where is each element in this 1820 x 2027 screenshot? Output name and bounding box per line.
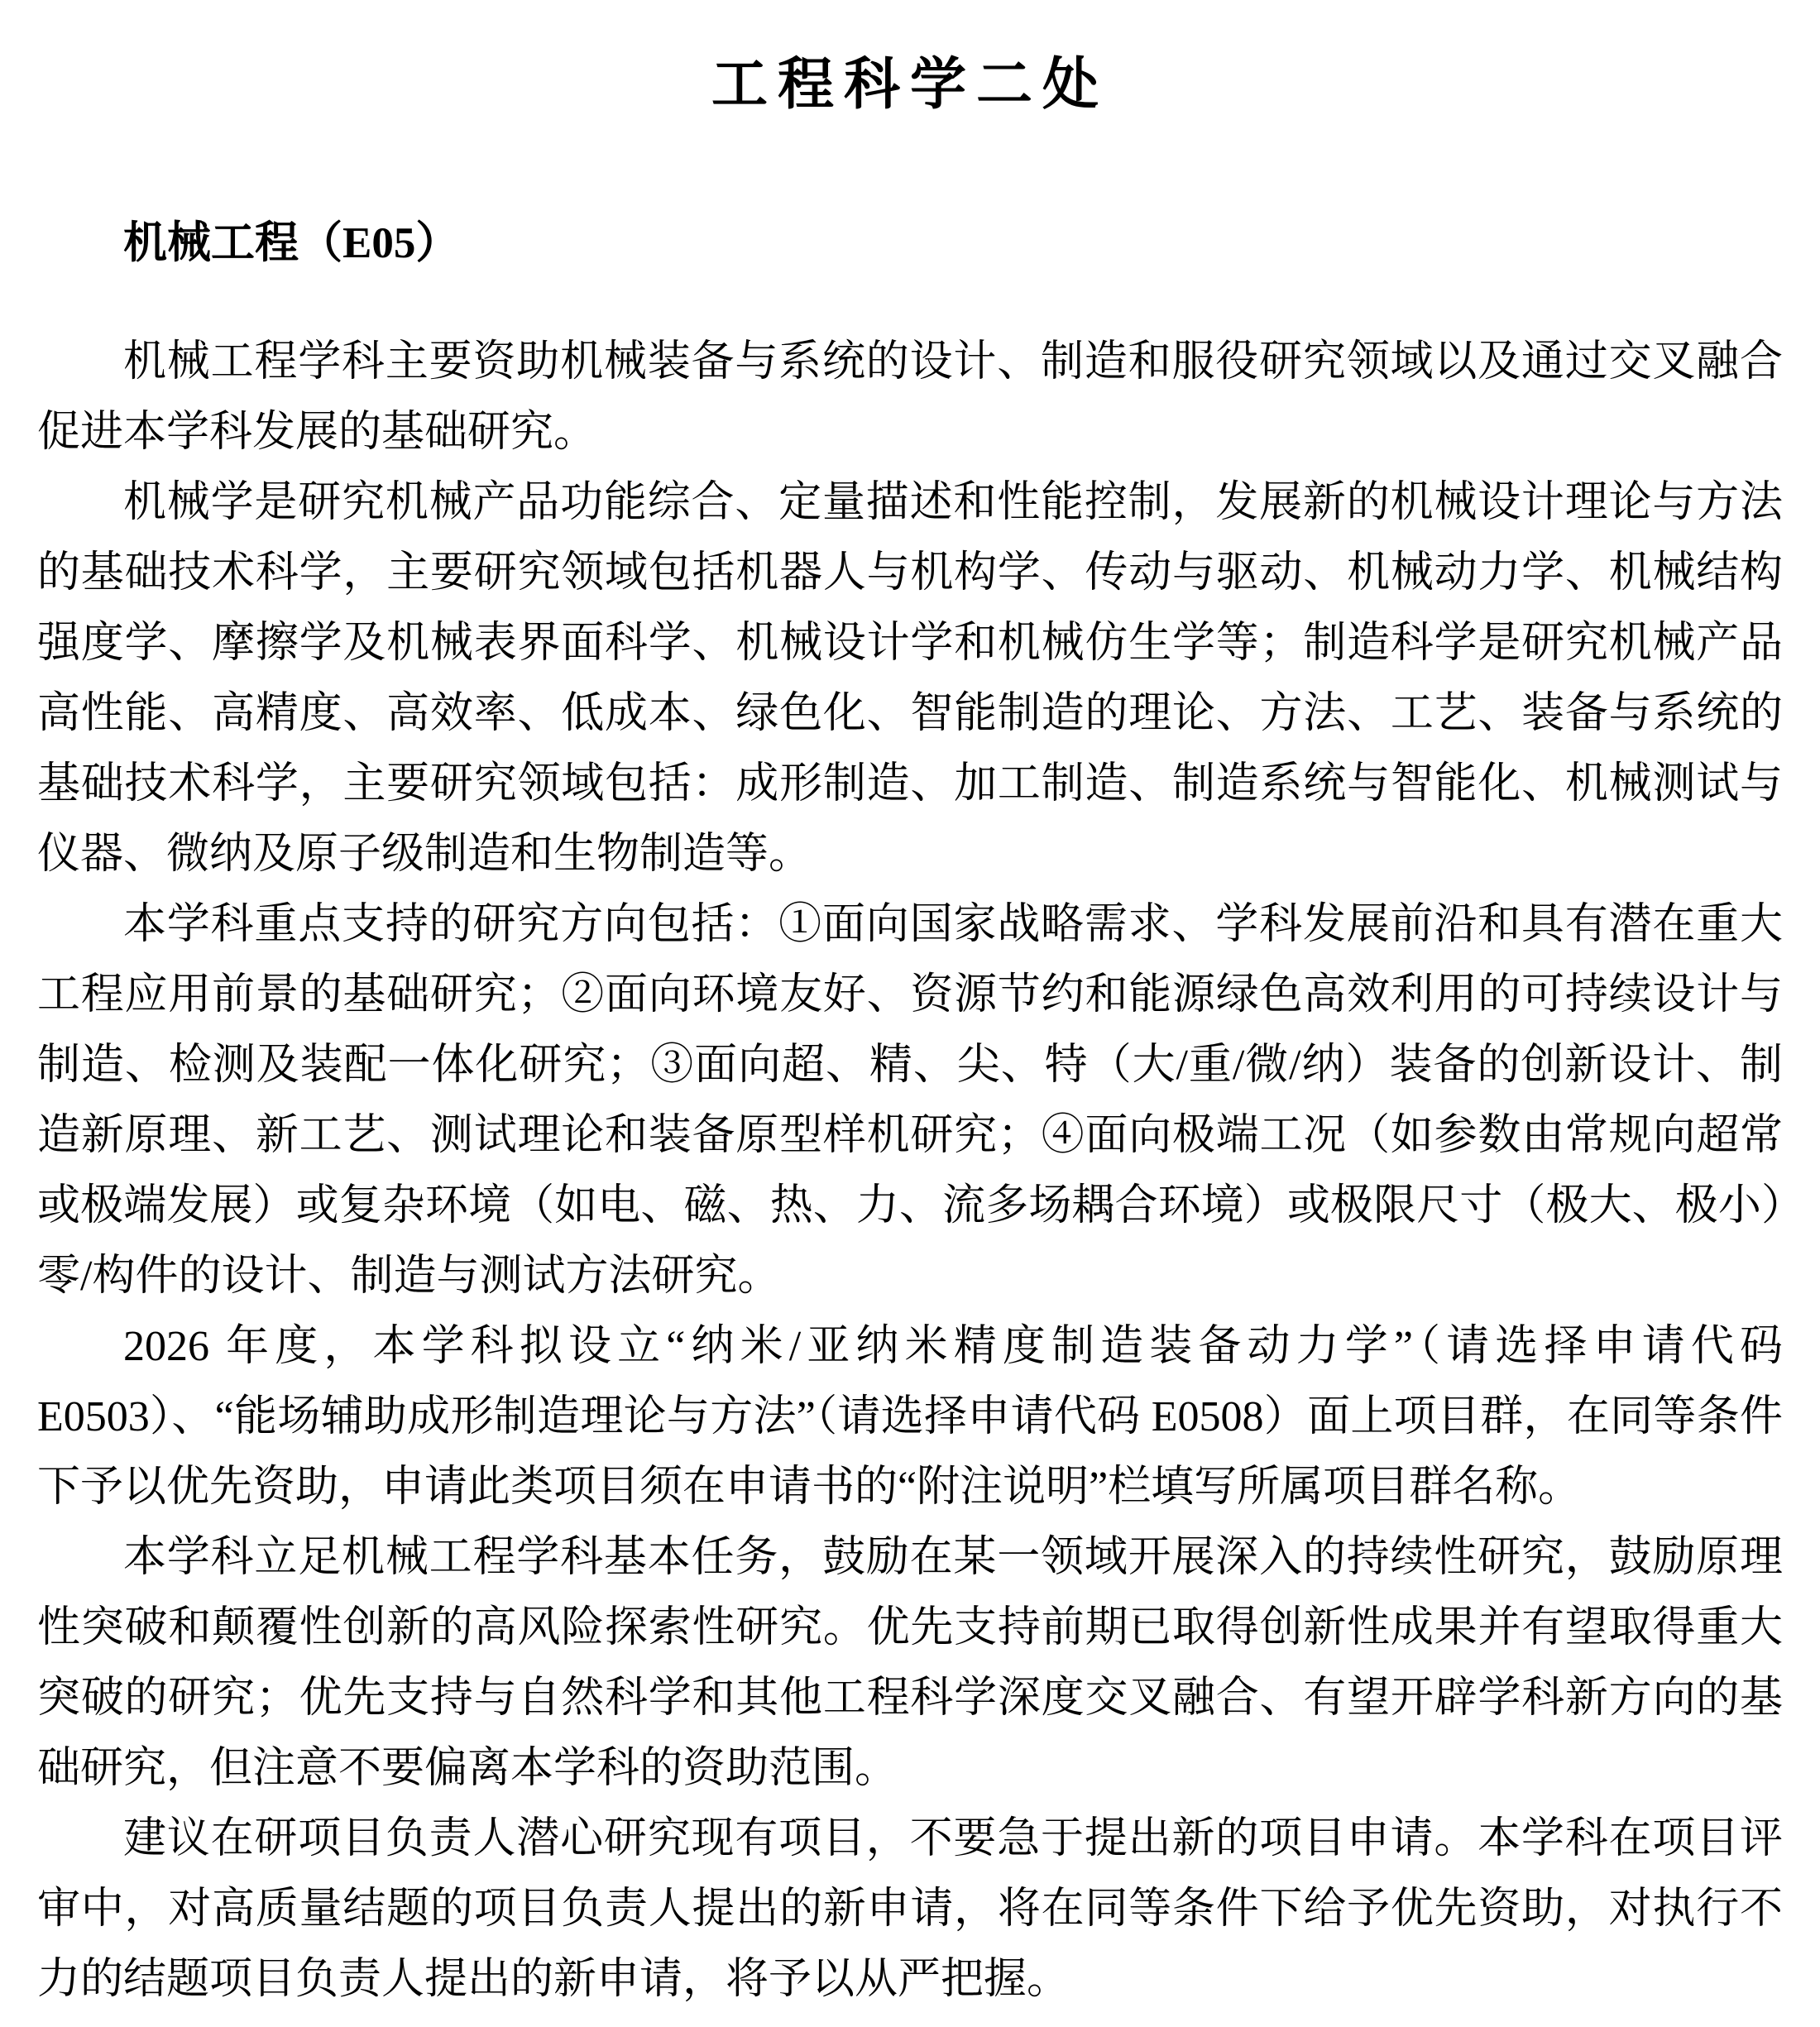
paragraph: 机械学是研究机械产品功能综合、定量描述和性能控制，发展新的机械设计理论与方法的基… [37,467,1783,889]
paragraph: 2026 年度，本学科拟设立“纳米/亚纳米精度制造装备动力学”（请选择申请代码 … [37,1311,1783,1522]
paragraph: 机械工程学科主要资助机械装备与系统的设计、制造和服役研究领域以及通过交叉融合促进… [37,327,1783,467]
page-title: 工程科学二处 [37,50,1783,120]
body-text: 机械工程学科主要资助机械装备与系统的设计、制造和服役研究领域以及通过交叉融合促进… [37,327,1783,2015]
paragraph: 建议在研项目负责人潜心研究现有项目，不要急于提出新的项目申请。本学科在项目评审中… [37,1804,1783,2015]
section-heading: 机械工程（E05） [37,219,1783,267]
paragraph: 本学科重点支持的研究方向包括：①面向国家战略需求、学科发展前沿和具有潜在重大工程… [37,889,1783,1311]
document-page: 工程科学二处 机械工程（E05） 机械工程学科主要资助机械装备与系统的设计、制造… [0,0,1820,2027]
paragraph: 本学科立足机械工程学科基本任务，鼓励在某一领域开展深入的持续性研究，鼓励原理性突… [37,1522,1783,1804]
